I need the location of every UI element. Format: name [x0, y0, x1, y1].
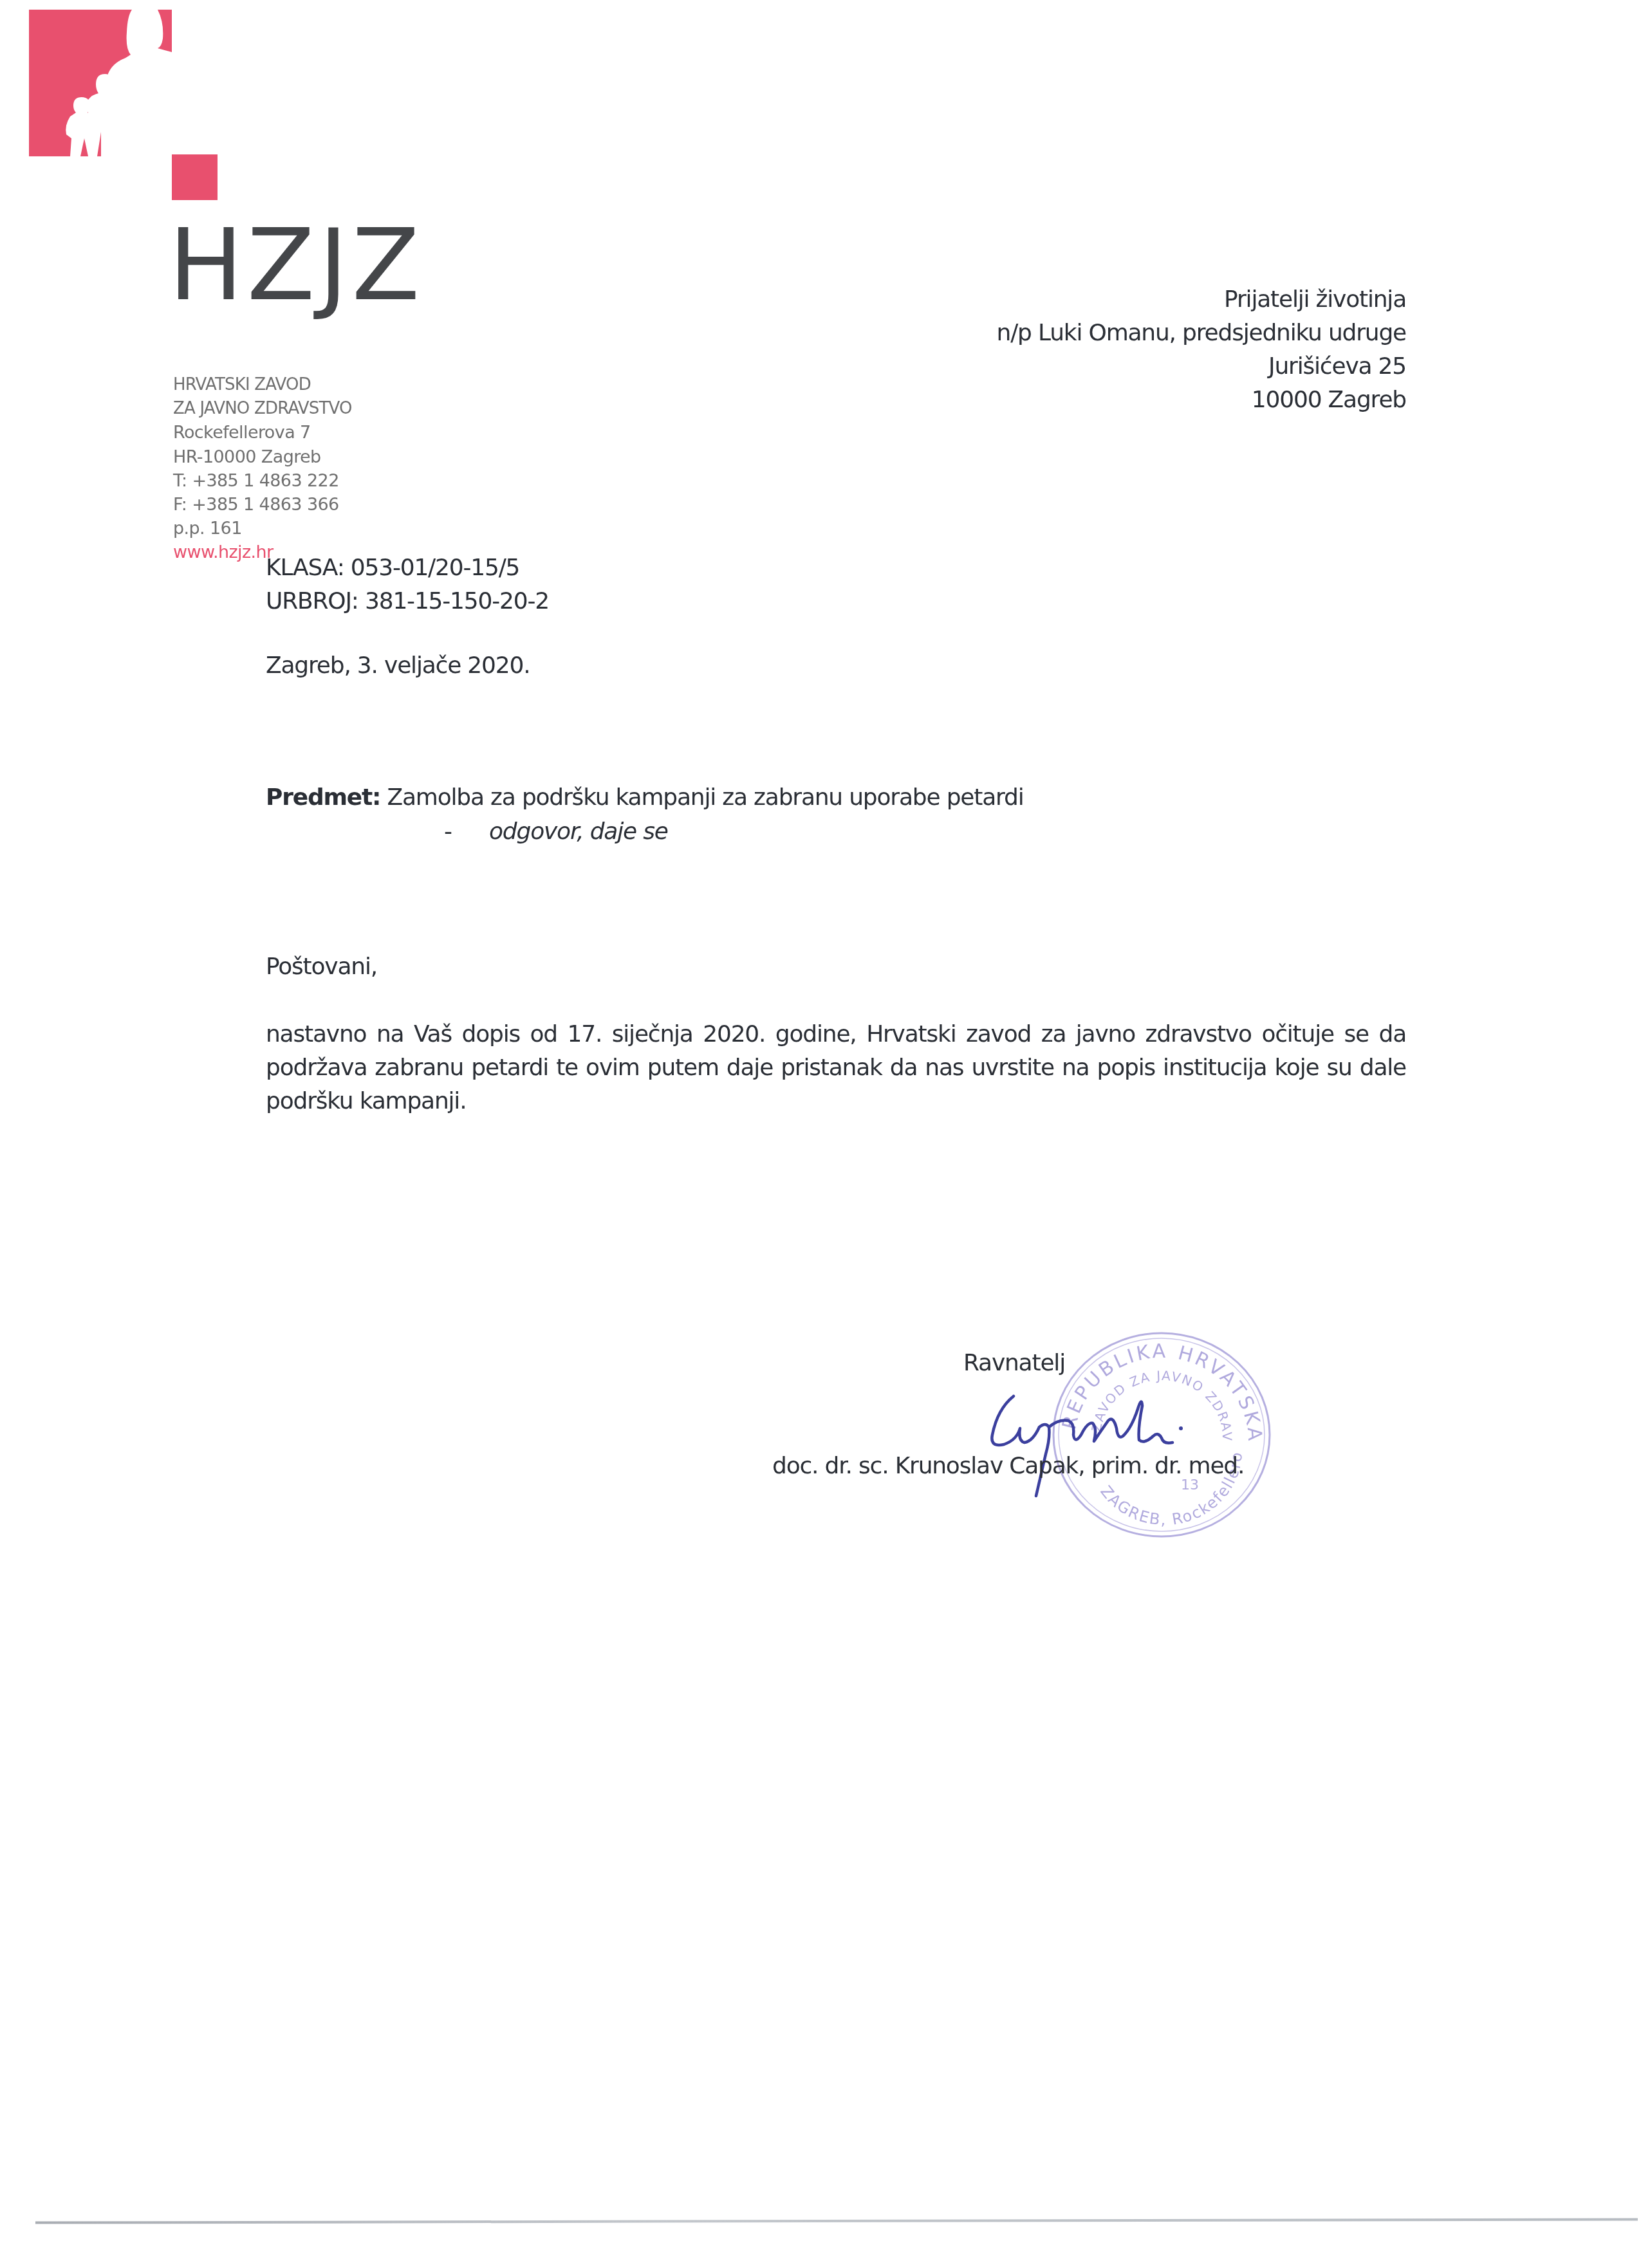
letter-body: nastavno na Vaš dopis od 17. siječnja 20… — [266, 1018, 1406, 1118]
recipient-address: Prijatelji životinja n/p Luki Omanu, pre… — [997, 283, 1406, 417]
handwritten-signature-icon — [985, 1383, 1242, 1506]
logo-accent-square — [172, 154, 218, 200]
subject-text: Zamolba za podršku kampanji za zabranu u… — [380, 784, 1023, 811]
institution-street: Rockefellerova 7 — [173, 421, 352, 445]
subject-label: Predmet: — [266, 784, 380, 811]
greeting: Poštovani, — [266, 954, 377, 980]
institution-city: HR-10000 Zagreb — [173, 445, 352, 469]
subject-dash: - — [444, 818, 452, 845]
klasa-number: KLASA: 053-01/20-15/5 — [266, 555, 519, 581]
recipient-line1: Prijatelji životinja — [997, 283, 1406, 317]
subject-subtext: odgovor, daje se — [489, 818, 668, 845]
signer-name: doc. dr. sc. Krunoslav Capak, prim. dr. … — [772, 1453, 1244, 1479]
institution-name-line2: ZA JAVNO ZDRAVSTVO — [173, 397, 352, 421]
institution-fax: F: +385 1 4863 366 — [173, 493, 352, 517]
institution-name-line1: HRVATSKI ZAVOD — [173, 373, 352, 397]
recipient-line3: Jurišićeva 25 — [997, 350, 1406, 383]
subject-line: Predmet: Zamolba za podršku kampanji za … — [266, 784, 1023, 811]
institution-po-box: p.p. 161 — [173, 517, 352, 540]
page-bottom-rule — [35, 2218, 1638, 2224]
recipient-line4: 10000 Zagreb — [997, 383, 1406, 417]
institution-info: HRVATSKI ZAVOD ZA JAVNO ZDRAVSTVO Rockef… — [173, 373, 352, 565]
letter-date: Zagreb, 3. veljače 2020. — [266, 652, 530, 679]
urbroj-number: URBROJ: 381-15-150-20-2 — [266, 588, 549, 614]
recipient-line2: n/p Luki Omanu, predsjedniku udruge — [997, 317, 1406, 350]
family-silhouette-icon — [29, 10, 172, 156]
institution-phone: T: +385 1 4863 222 — [173, 469, 352, 493]
signer-role: Ravnatelj — [963, 1350, 1065, 1376]
logo-wordmark: HZJZ — [169, 216, 423, 315]
